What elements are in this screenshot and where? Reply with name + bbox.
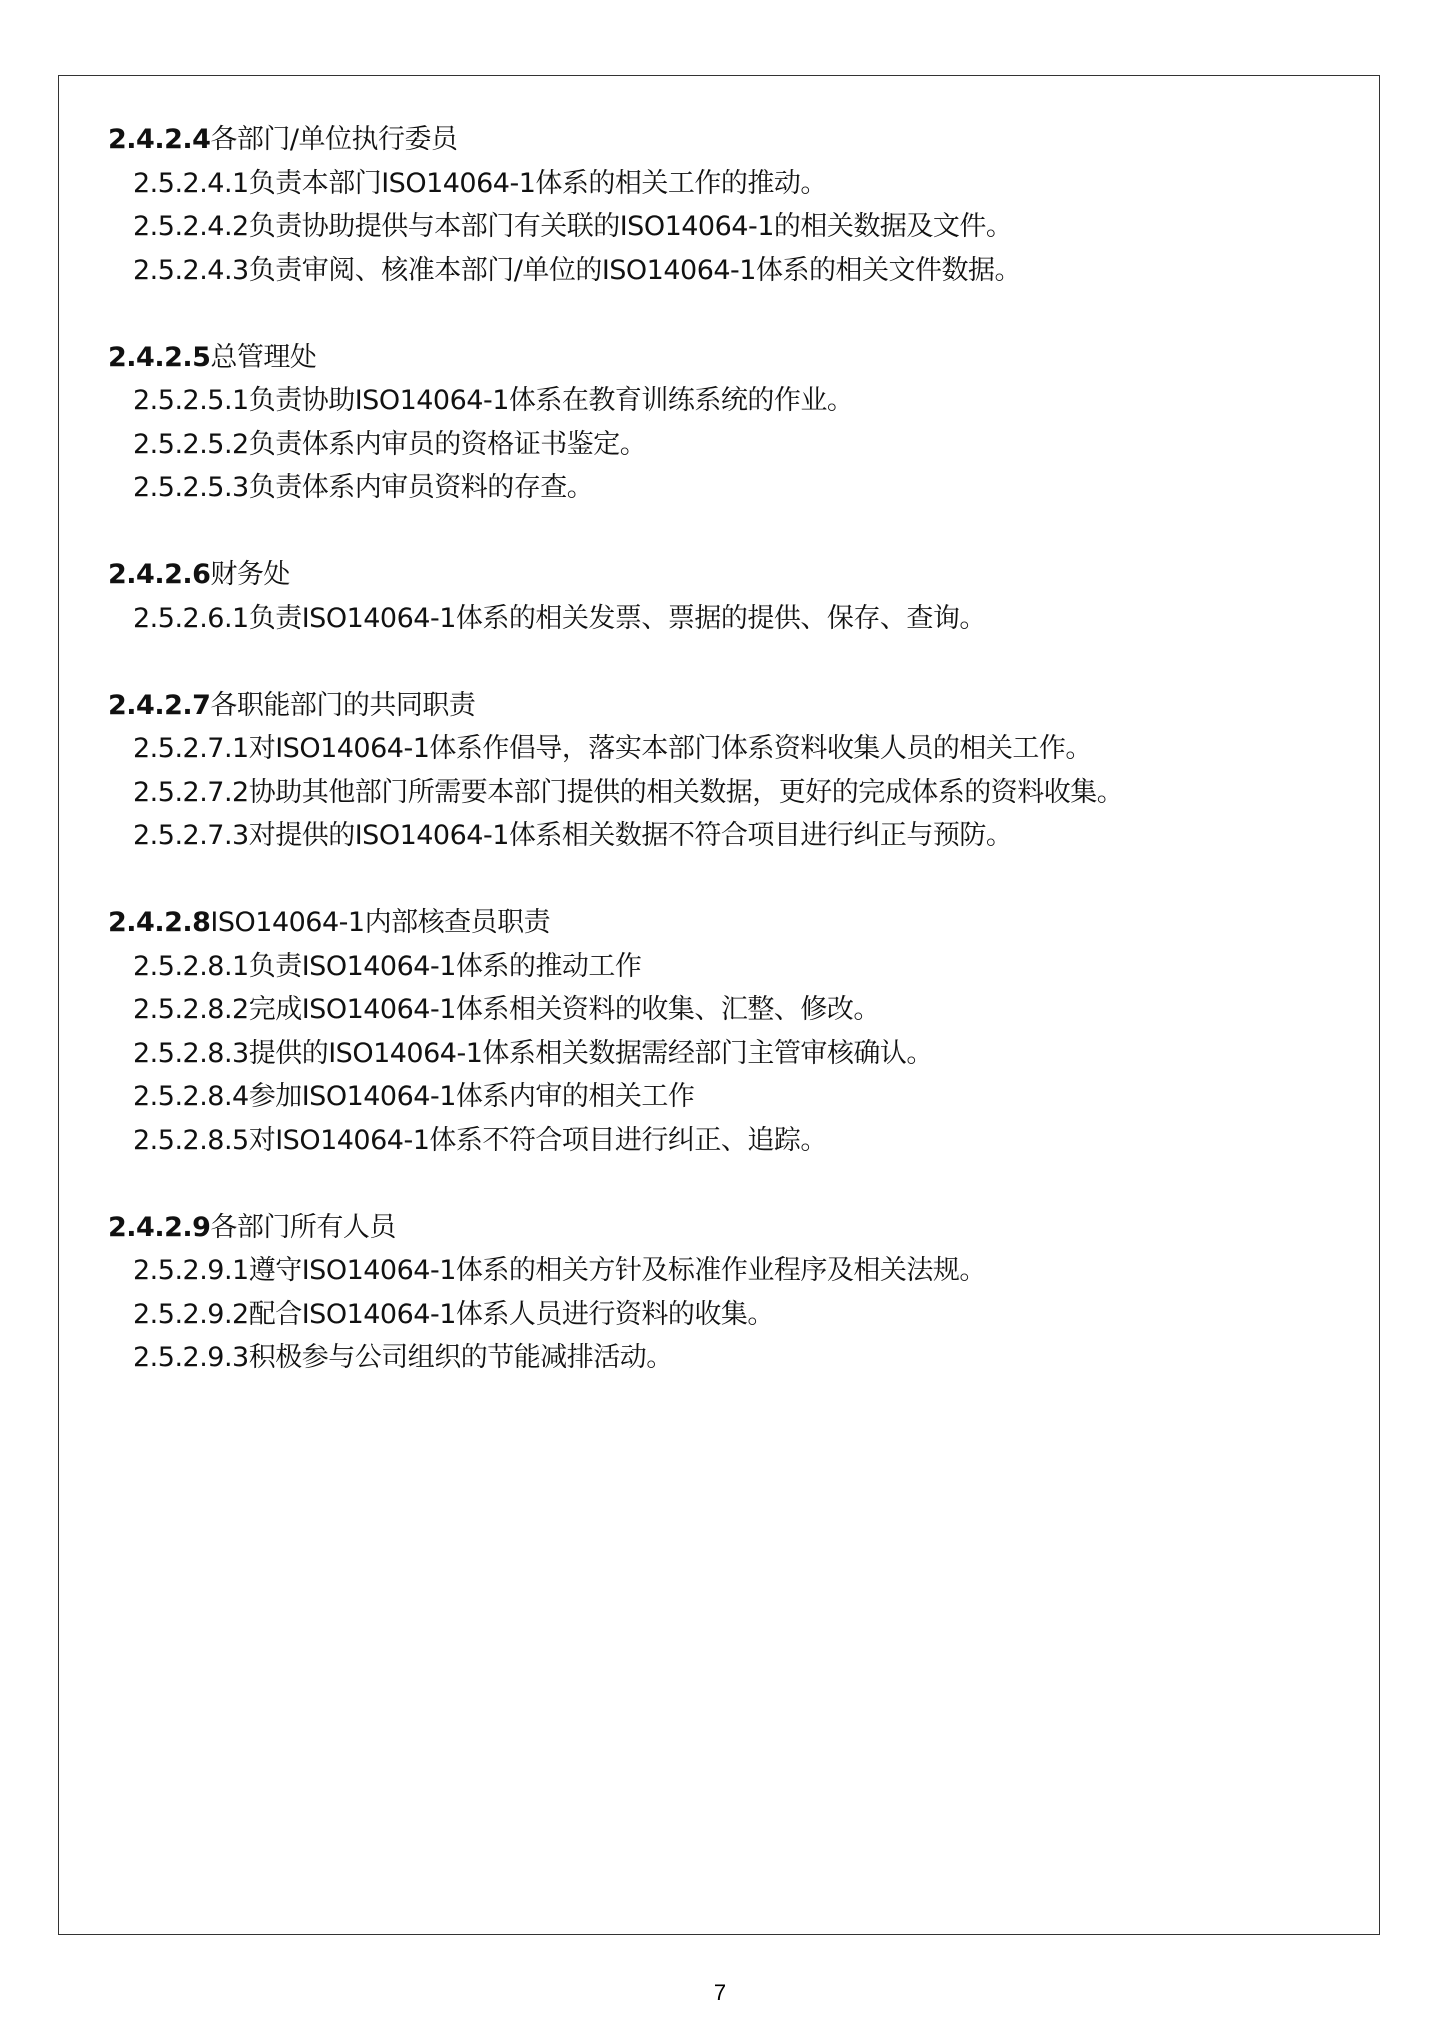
list-item: 2.5.2.5.1负责协助ISO14064-1体系在教育训练系统的作业。: [108, 379, 1358, 423]
section-title: 各职能部门的共同职责: [210, 690, 475, 721]
section-heading: 2.4.2.5总管理处: [108, 336, 1358, 380]
section-2-4-2-5: 2.4.2.5总管理处 2.5.2.5.1负责协助ISO14064-1体系在教育…: [108, 336, 1358, 510]
list-item: 2.5.2.8.4参加ISO14064-1体系内审的相关工作: [108, 1075, 1358, 1119]
section-number: 2.4.2.4: [108, 124, 210, 155]
list-item: 2.5.2.8.3提供的ISO14064-1体系相关数据需经部门主管审核确认。: [108, 1032, 1358, 1076]
section-2-4-2-4: 2.4.2.4各部门/单位执行委员 2.5.2.4.1负责本部门ISO14064…: [108, 118, 1358, 292]
list-item: 2.5.2.9.1遵守ISO14064-1体系的相关方针及标准作业程序及相关法规…: [108, 1249, 1358, 1293]
section-heading: 2.4.2.9各部门所有人员: [108, 1206, 1358, 1250]
section-2-4-2-8: 2.4.2.8ISO14064-1内部核查员职责 2.5.2.8.1负责ISO1…: [108, 901, 1358, 1162]
list-item: 2.5.2.8.1负责ISO14064-1体系的推动工作: [108, 945, 1358, 989]
section-2-4-2-9: 2.4.2.9各部门所有人员 2.5.2.9.1遵守ISO14064-1体系的相…: [108, 1206, 1358, 1380]
section-number: 2.4.2.7: [108, 690, 210, 721]
section-2-4-2-7: 2.4.2.7各职能部门的共同职责 2.5.2.7.1对ISO14064-1体系…: [108, 684, 1358, 858]
list-item: 2.5.2.9.3积极参与公司组织的节能减排活动。: [108, 1336, 1358, 1380]
list-item: 2.5.2.4.1负责本部门ISO14064-1体系的相关工作的推动。: [108, 162, 1358, 206]
section-heading: 2.4.2.4各部门/单位执行委员: [108, 118, 1358, 162]
section-heading: 2.4.2.8ISO14064-1内部核查员职责: [108, 901, 1358, 945]
list-item: 2.5.2.8.5对ISO14064-1体系不符合项目进行纠正、追踪。: [108, 1119, 1358, 1163]
section-heading: 2.4.2.6财务处: [108, 553, 1358, 597]
document-body: 2.4.2.4各部门/单位执行委员 2.5.2.4.1负责本部门ISO14064…: [108, 118, 1358, 1423]
section-2-4-2-6: 2.4.2.6财务处 2.5.2.6.1负责ISO14064-1体系的相关发票、…: [108, 553, 1358, 640]
section-number: 2.4.2.5: [108, 342, 210, 373]
list-item: 2.5.2.5.3负责体系内审员资料的存查。: [108, 466, 1358, 510]
section-title: 各部门/单位执行委员: [210, 124, 457, 155]
list-item: 2.5.2.9.2配合ISO14064-1体系人员进行资料的收集。: [108, 1293, 1358, 1337]
list-item: 2.5.2.4.3负责审阅、核准本部门/单位的ISO14064-1体系的相关文件…: [108, 249, 1358, 293]
list-item: 2.5.2.7.3对提供的ISO14064-1体系相关数据不符合项目进行纠正与预…: [108, 814, 1358, 858]
page-number: 7: [0, 1980, 1440, 2006]
list-item: 2.5.2.7.2协助其他部门所需要本部门提供的相关数据，更好的完成体系的资料收…: [108, 771, 1358, 815]
section-title: 财务处: [210, 559, 290, 590]
section-title: 总管理处: [210, 342, 316, 373]
section-number: 2.4.2.9: [108, 1212, 210, 1243]
section-title: ISO14064-1内部核查员职责: [210, 907, 550, 938]
section-number: 2.4.2.8: [108, 907, 210, 938]
list-item: 2.5.2.4.2负责协助提供与本部门有关联的ISO14064-1的相关数据及文…: [108, 205, 1358, 249]
list-item: 2.5.2.5.2负责体系内审员的资格证书鉴定。: [108, 423, 1358, 467]
section-heading: 2.4.2.7各职能部门的共同职责: [108, 684, 1358, 728]
list-item: 2.5.2.8.2完成ISO14064-1体系相关资料的收集、汇整、修改。: [108, 988, 1358, 1032]
section-number: 2.4.2.6: [108, 559, 210, 590]
section-title: 各部门所有人员: [210, 1212, 396, 1243]
list-item: 2.5.2.6.1负责ISO14064-1体系的相关发票、票据的提供、保存、查询…: [108, 597, 1358, 641]
list-item: 2.5.2.7.1对ISO14064-1体系作倡导，落实本部门体系资料收集人员的…: [108, 727, 1358, 771]
